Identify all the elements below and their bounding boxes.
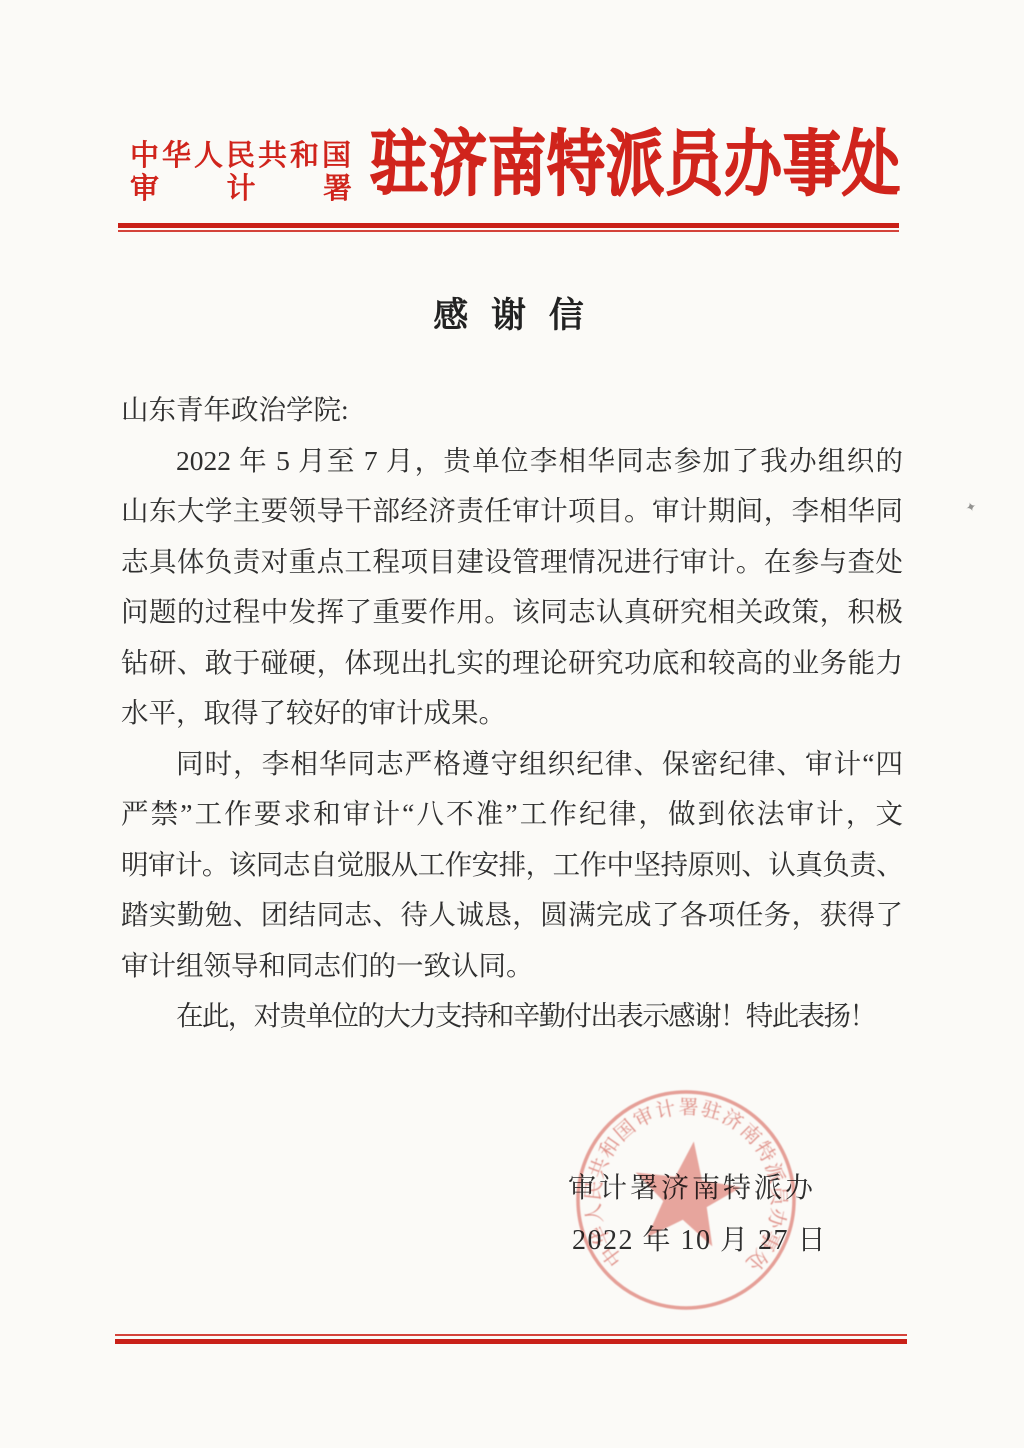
document-page: 中华人民共和国 审 计 署 驻济南特派员办事处 感 谢 信 山东青年政治学院:2… [0,0,1024,1448]
letter-line: 2022 年 5 月至 7 月，贵单位李相华同志参加了我办组织的 [121,436,903,487]
letter-line: 踏实勤勉、团结同志、待人诚恳，圆满完成了各项任务，获得了 [121,890,903,941]
org-char: 审 [130,172,159,206]
footer-divider-thin [115,1334,907,1336]
org-name-line1: 中华人民共和国 [130,140,360,172]
footer-divider [115,1334,907,1344]
letter-line: 志具体负责对重点工程项目建设管理情况进行审计。在参与查处 [121,537,903,588]
letter-line: 水平，取得了较好的审计成果。 [121,688,903,739]
letter-title: 感 谢 信 [0,288,1024,338]
office-title: 驻济南特派员办事处 [370,130,901,201]
header-divider [118,223,899,232]
letter-line: 审计组领导和同志们的一致认同。 [121,941,903,992]
letter-line: 山东青年政治学院: [121,385,903,436]
scan-artifact: ✦ [965,501,981,515]
letter-line: 明审计。该同志自觉服从工作安排，工作中坚持原则、认真负责、 [121,840,903,891]
letter-line: 问题的过程中发挥了重要作用。该同志认真研究相关政策，积极 [121,587,903,638]
org-name-line2: 审 计 署 [130,172,352,206]
org-char: 署 [323,172,352,206]
letter-line: 同时，李相华同志严格遵守组织纪律、保密纪律、审计“四 [121,739,903,790]
letter-line: 严禁”工作要求和审计“八不准”工作纪律，做到依法审计，文 [121,789,903,840]
letter-body: 山东青年政治学院:2022 年 5 月至 7 月，贵单位李相华同志参加了我办组织… [121,385,903,1042]
signature-date: 2022 年 10 月 27 日 [572,1220,827,1262]
footer-divider-thick [115,1339,907,1344]
header-divider-thin [118,230,899,232]
letter-line: 钻研、敢于碰硬，体现出扎实的理论研究功底和较高的业务能力 [121,638,903,689]
header-divider-thick [118,223,899,228]
signature-org: 审计署济南特派办 [568,1168,827,1210]
letterhead: 中华人民共和国 审 计 署 驻济南特派员办事处 [130,136,910,224]
org-name-block: 中华人民共和国 审 计 署 [130,140,360,206]
letter-line: 在此，对贵单位的大力支持和辛勤付出表示感谢！特此表扬！ [121,991,903,1042]
org-char: 计 [226,172,255,206]
signature-block: 审计署济南特派办 2022 年 10 月 27 日 [568,1168,827,1262]
letter-line: 山东大学主要领导干部经济责任审计项目。审计期间，李相华同 [121,486,903,537]
